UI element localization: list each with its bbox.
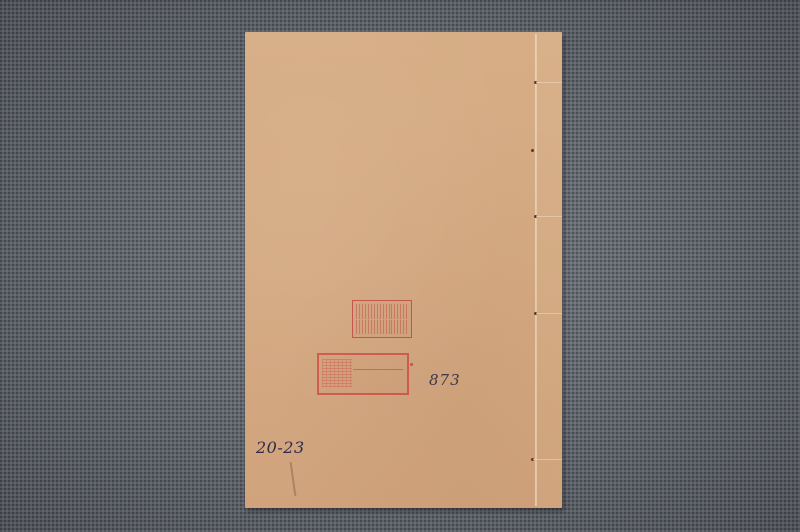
binding-thread — [536, 313, 562, 314]
stitch-hole — [534, 81, 537, 84]
binding-thread — [533, 459, 562, 460]
seal-characters — [356, 304, 408, 334]
red-seal-stamp — [352, 300, 412, 338]
cover-stain — [290, 462, 297, 496]
spine-strip — [537, 32, 562, 508]
binding-thread — [536, 216, 562, 217]
book-back-cover: 873 20-23 — [245, 32, 562, 508]
binding-thread-line — [535, 34, 537, 506]
stitch-hole — [531, 458, 534, 461]
stitch-hole — [531, 149, 534, 152]
catalog-number: 873 — [429, 371, 461, 389]
catalog-stamp: 873 — [317, 353, 409, 395]
handwritten-shelf-code: 20-23 — [256, 438, 305, 457]
ink-dot — [410, 363, 413, 366]
stitch-hole — [534, 215, 537, 218]
binding-thread — [536, 82, 562, 83]
stitch-hole — [534, 312, 537, 315]
catalog-stamp-rule — [353, 369, 403, 370]
catalog-stamp-characters — [322, 359, 352, 387]
